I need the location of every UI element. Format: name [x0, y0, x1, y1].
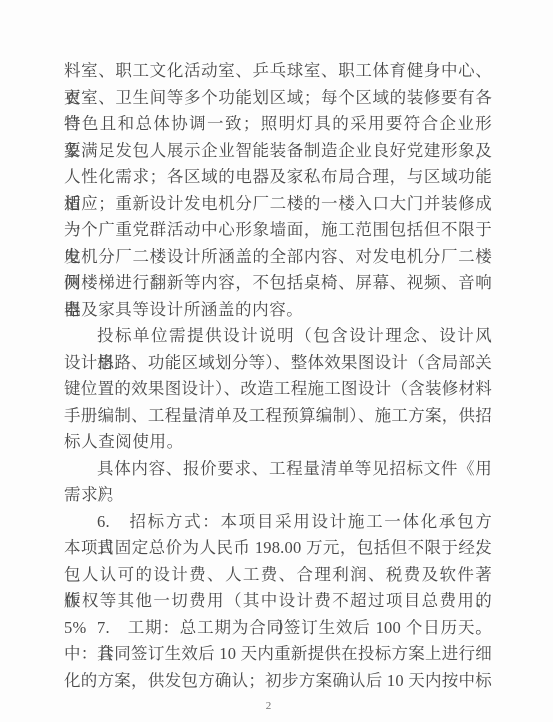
text-line: 版权等其他一切费用（其中设计费不超过项目总费用的 5%）。 — [64, 588, 492, 615]
text-line: 电机分厂二楼设计所涵盖的全部内容、对发电机分厂二楼两 — [64, 244, 492, 271]
text-line: 标人查阅使用。 — [64, 429, 492, 456]
text-line: 设计思路、功能区域划分等）、整体效果图设计（含局部关 — [64, 350, 492, 377]
text-line: 化的方案，供发包方确认；初步方案确认后 10 天内按中标 — [64, 668, 492, 695]
text-line: 7. 工期：总工期为合同签订生效后 100 个日历天。其 — [64, 615, 492, 642]
text-line: 键位置的效果图设计）、改造工程施工图设计（含装修材料 — [64, 376, 492, 403]
text-line: 料室、职工文化活动室、乒乓球室、职工体育健身中心、更 — [64, 58, 492, 85]
text-line: 需求》。 — [64, 482, 492, 509]
text-line: 本项目固定总价为人民币 198.00 万元，包括但不限于经发 — [64, 535, 492, 562]
text-block: 料室、职工文化活动室、乒乓球室、职工体育健身中心、更衣室、卫生间等多个功能划区域… — [64, 58, 492, 694]
text-line: 衣室、卫生间等多个功能划区域；每个区域的装修要有各自 — [64, 85, 492, 112]
text-line: 特色且和总体协调一致；照明灯具的采用要符合企业形象， — [64, 111, 492, 138]
text-line: 要满足发包人展示企业智能装备制造企业良好党建形象及 — [64, 138, 492, 165]
page-number: 2 — [0, 700, 537, 712]
text-line: 适应；重新设计发电机分厂二楼的一楼入口大门并装修成为 — [64, 191, 492, 218]
text-line: 一个广重党群活动中心形象墙面，施工范围包括但不限于发 — [64, 217, 492, 244]
text-line: 人性化需求；各区域的电器及家私布局合理，与区域功能相 — [64, 164, 492, 191]
text-line: 包人认可的设计费、人工费、合理利润、税费及软件著作、 — [64, 562, 492, 589]
document-page: 料室、职工文化活动室、乒乓球室、职工体育健身中心、更衣室、卫生间等多个功能划区域… — [0, 0, 553, 722]
text-line: 器及家具等设计所涵盖的内容。 — [64, 297, 492, 324]
text-line: 侧楼梯进行翻新等内容，不包括桌椅、屏幕、视频、音响电 — [64, 270, 492, 297]
text-line: 具体内容、报价要求、工程量清单等见招标文件《用户 — [64, 456, 492, 483]
text-line: 手册编制、工程量清单及工程预算编制）、施工方案，供招 — [64, 403, 492, 430]
text-line: 中：合同签订生效后 10 天内重新提供在投标方案上进行细 — [64, 641, 492, 668]
text-line: 6. 招标方式：本项目采用设计施工一体化承包方式， — [64, 509, 492, 536]
text-line: 投标单位需提供设计说明（包含设计理念、设计风格、 — [64, 323, 492, 350]
